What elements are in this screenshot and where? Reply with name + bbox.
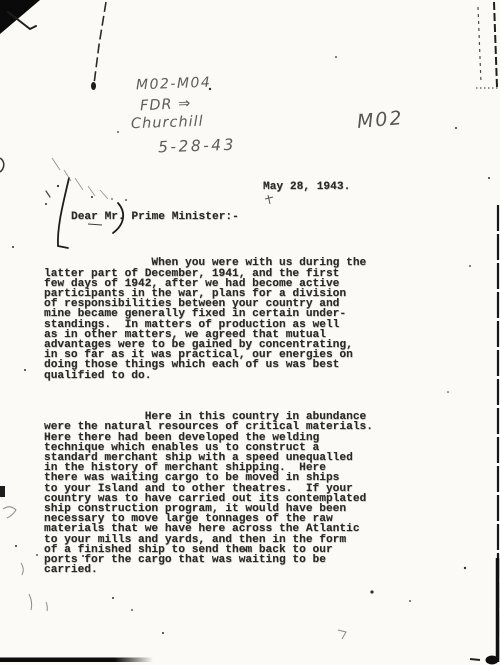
letter-salutation: Dear Mr. Prime Minister:-: [71, 212, 239, 222]
handwritten-recipient: Churchill: [131, 114, 204, 133]
handwritten-sender-arrow: FDR ⇒: [140, 96, 192, 115]
scanned-letter-page: M02-M04 FDR ⇒ Churchill 5-28-43 M02 May …: [0, 0, 500, 665]
letter-date: May 28, 1943.: [263, 182, 350, 192]
letter-body: When you were with us during the latter …: [44, 238, 373, 607]
handwritten-date-note: 5-28-43: [158, 136, 237, 157]
corner-fold-mark: [0, 0, 40, 34]
handwritten-page-id: M02: [356, 107, 404, 133]
letter-paragraph-1: When you were with us during the latter …: [44, 258, 373, 380]
handwritten-doc-range: M02-M04: [136, 75, 212, 94]
letter-paragraph-2: Here in this country in abundance were t…: [44, 412, 373, 575]
